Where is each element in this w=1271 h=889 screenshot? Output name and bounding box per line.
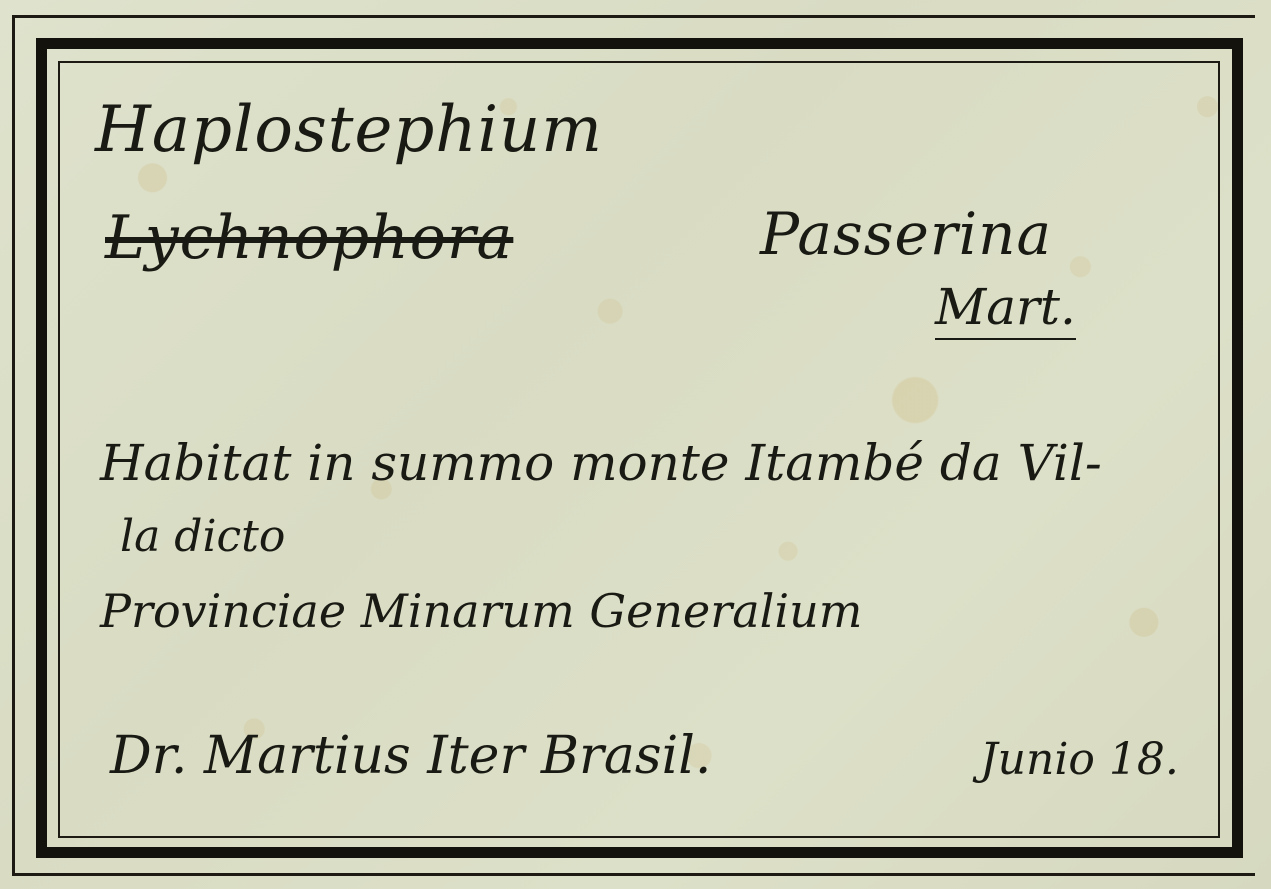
species-epithet: Passerina (760, 205, 1052, 263)
collector-line: Dr. Martius Iter Brasil. (110, 730, 711, 782)
genus-name: Haplostephium (95, 98, 603, 162)
province-line: Provinciae Minarum Generalium (100, 588, 862, 634)
author-abbreviation: Mart. (935, 282, 1076, 340)
struck-through-genus-name: Lychnophora (105, 208, 513, 268)
collection-date: Junio 18. (980, 738, 1179, 782)
habitat-line-1: Habitat in summo monte Itambé da Vil- (100, 438, 1102, 488)
habitat-line-2: la dicto (120, 515, 285, 559)
